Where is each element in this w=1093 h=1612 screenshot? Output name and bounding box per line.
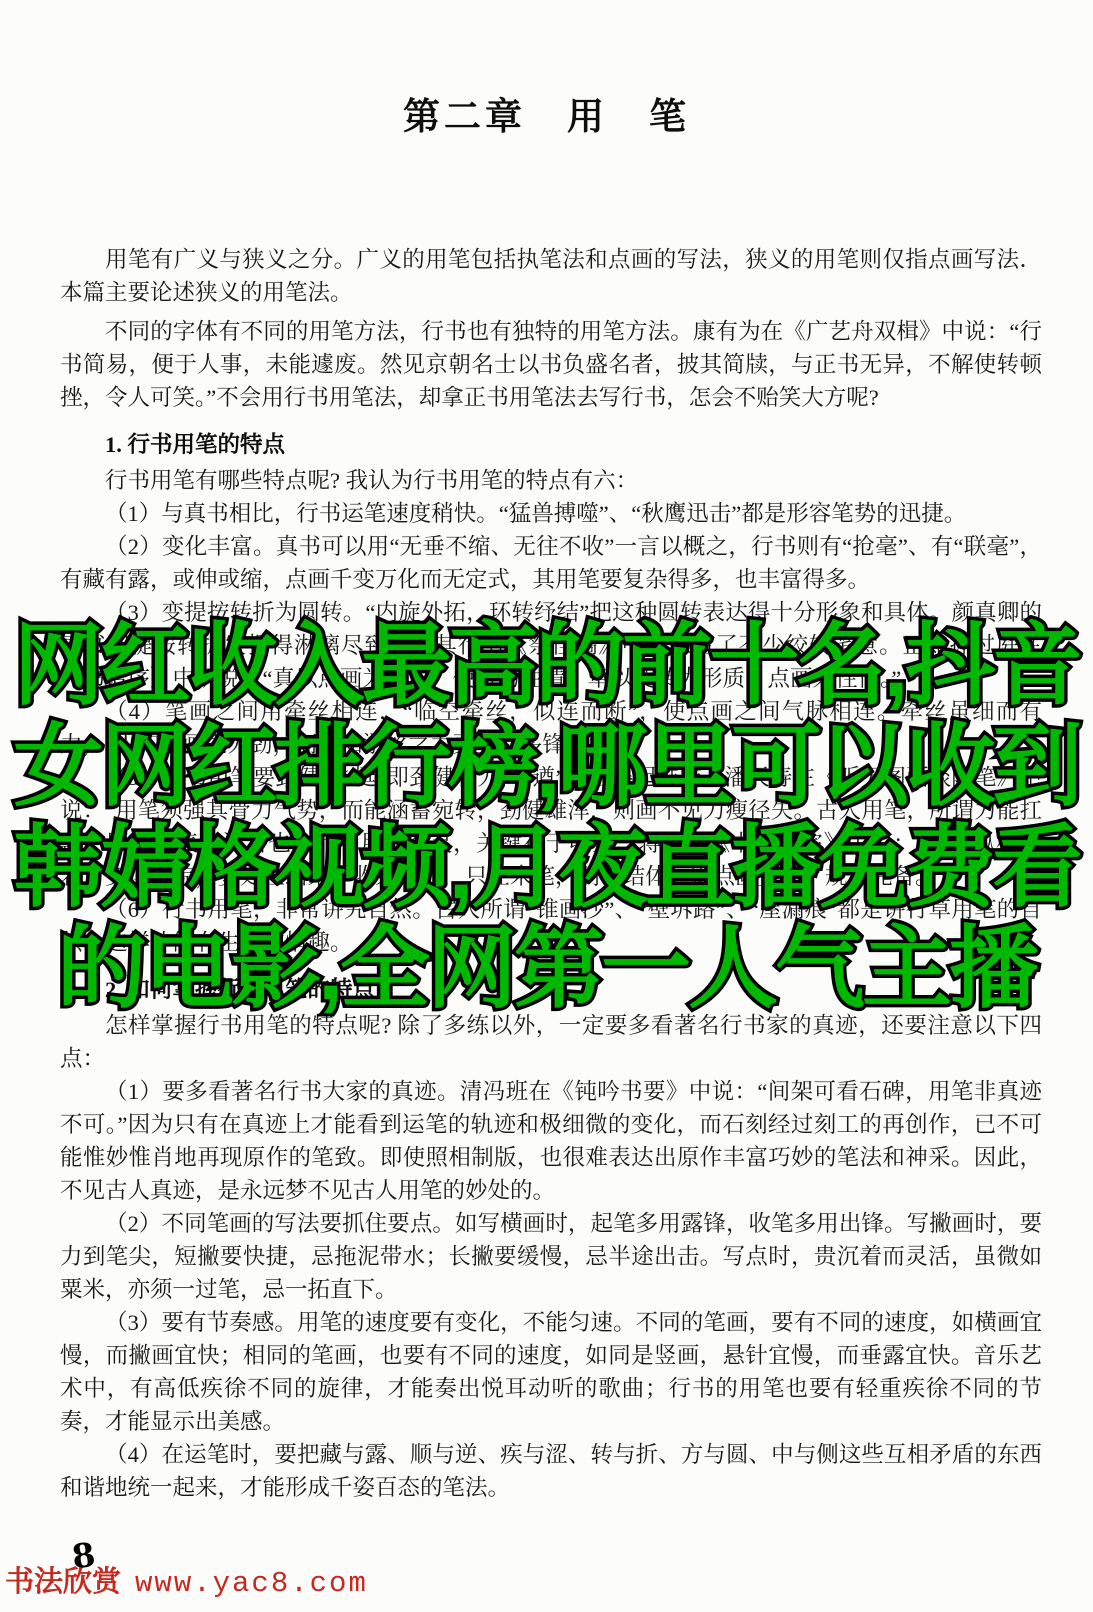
footer-site-url: www.yac8.com bbox=[135, 1567, 368, 1600]
watermark-line: 女网红排行榜,哪里可以收到 bbox=[0, 717, 1093, 818]
chapter-title: 第二章 用 笔 bbox=[0, 0, 1093, 140]
paragraph: 不同的字体有不同的用笔方法，行书也有独特的用笔方法。康有为在《广艺舟双楫》中说：… bbox=[60, 315, 1042, 414]
watermark-line: 韩婧格视频,月夜直播免费看 bbox=[0, 818, 1093, 919]
page-number: 8 bbox=[69, 1535, 97, 1577]
paragraph: 用笔有广义与狭义之分。广义的用笔包括执笔法和点画的写法，狭义的用笔则仅指点画写法… bbox=[60, 243, 1042, 309]
list-item: （1）要多看著名行书大家的真迹。清冯班在《钝吟书要》中说：“间架可看石碑，用笔非… bbox=[60, 1075, 1042, 1207]
watermark-overlay: 网红收入最高的前十名,抖音 女网红排行榜,哪里可以收到 韩婧格视频,月夜直播免费… bbox=[0, 616, 1093, 1020]
footer: 书法欣赏 www.yac8.com bbox=[5, 1559, 368, 1600]
list-item: （3）要有节奏感。用笔的速度要有变化，不能匀速。不同的笔画，要有不同的速度，如横… bbox=[60, 1306, 1042, 1438]
list-item: （2）不同笔画的写法要抓住要点。如写横画时，起笔多用露锋，收笔多用出锋。写撇画时… bbox=[60, 1207, 1042, 1306]
list-item: （4）在运笔时，要把藏与露、顺与逆、疾与涩、转与折、方与圆、中与侧这些互相矛盾的… bbox=[60, 1438, 1042, 1504]
section-heading: 1. 行书用笔的特点 bbox=[60, 428, 1042, 461]
watermark-line: 的电影,全网第一人气主播 bbox=[0, 919, 1093, 1020]
list-item: （2）变化丰富。真书可以用“无垂不缩、无往不收”一言以概之，行书则有“抢毫”、有… bbox=[60, 530, 1042, 596]
scanned-book-page: 第二章 用 笔 用笔有广义与狭义之分。广义的用笔包括执笔法和点画的写法，狭义的用… bbox=[0, 0, 1093, 1612]
list-item: （1）与真书相比，行书运笔速度稍快。“猛兽搏噬”、“秋鹰迅击”都是形容笔势的迅捷… bbox=[60, 497, 1042, 530]
paragraph: 行书用笔有哪些特点呢? 我认为行书用笔的特点有六： bbox=[60, 464, 1042, 497]
footer-site-name: 书法欣赏 bbox=[5, 1566, 121, 1598]
watermark-line: 网红收入最高的前十名,抖音 bbox=[0, 616, 1093, 717]
